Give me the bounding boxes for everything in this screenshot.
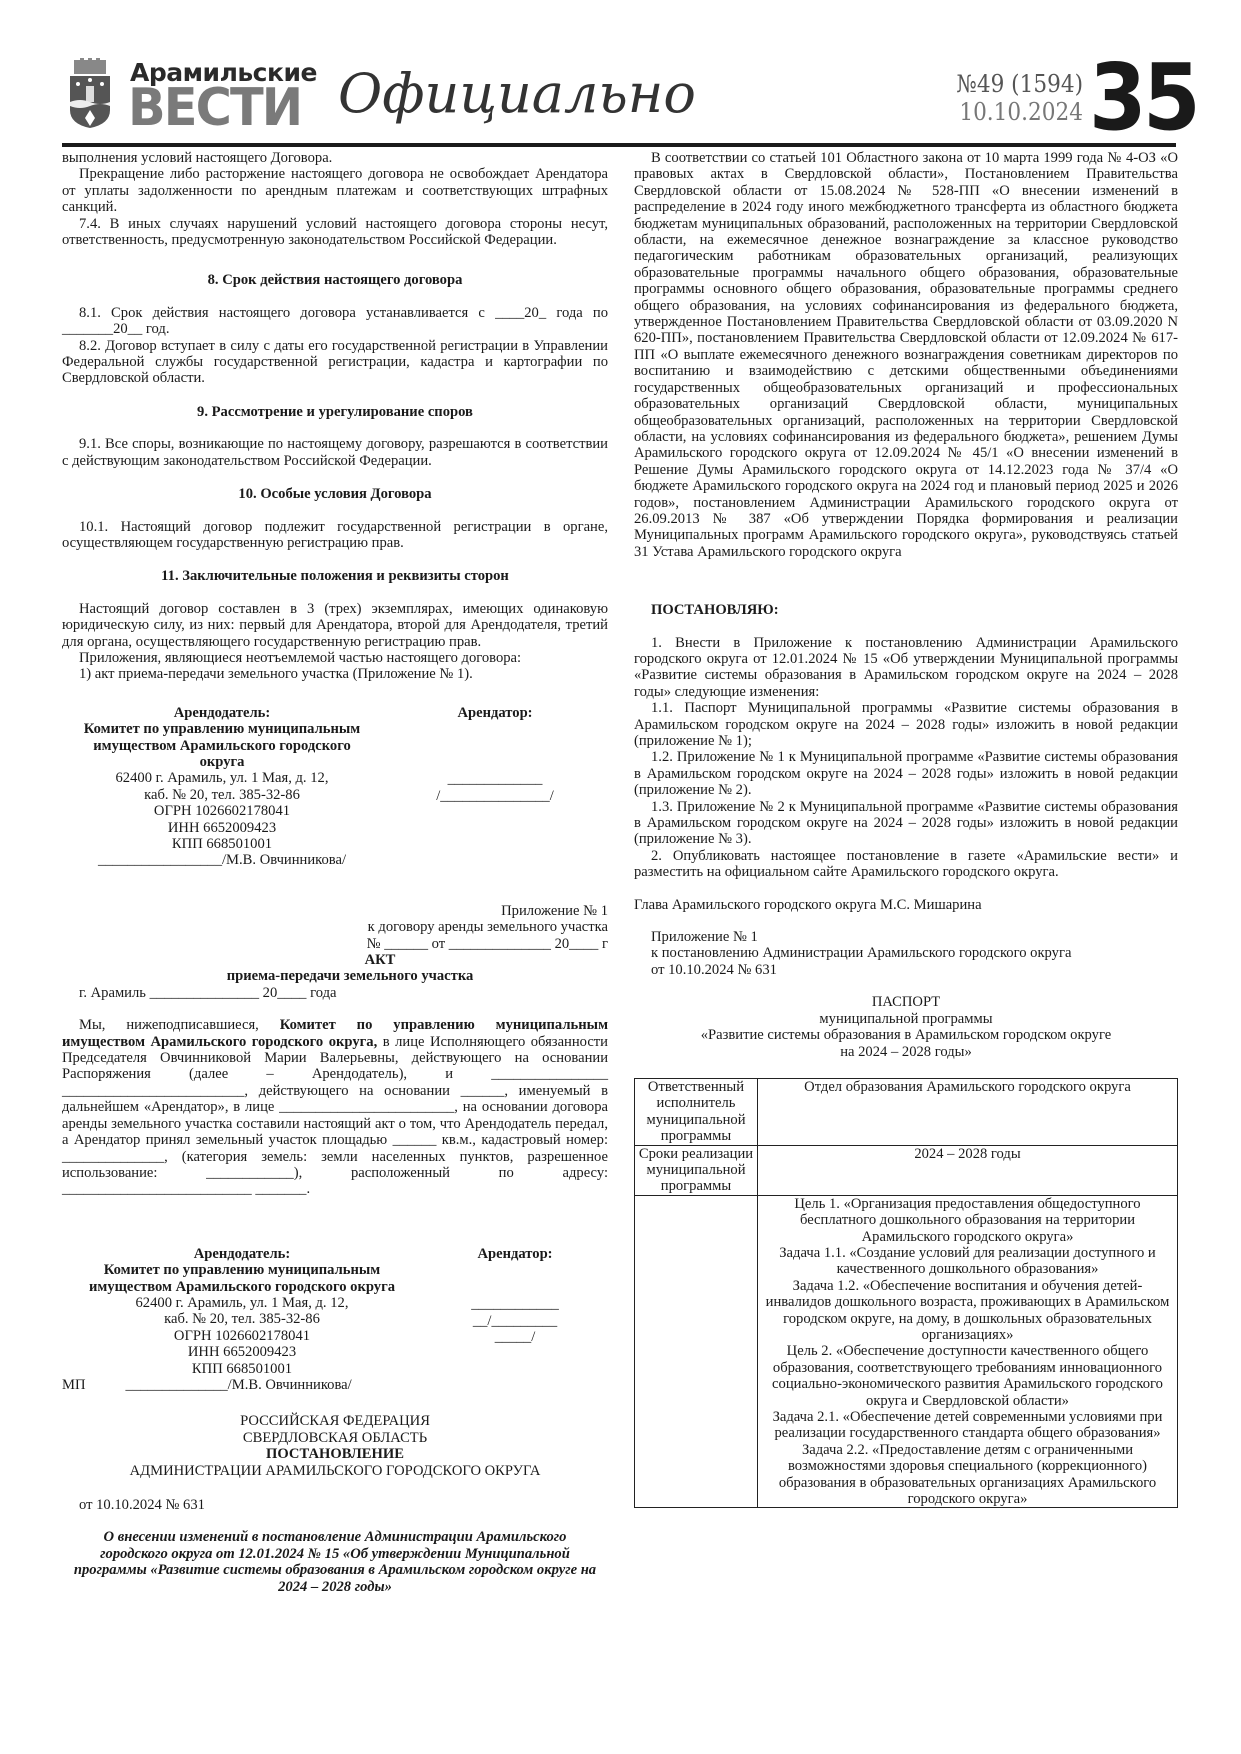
paragraph: 7.4. В иных случаях нарушений условий на…: [62, 216, 608, 249]
paragraph: выполнения условий настоящего Договора.: [62, 150, 608, 166]
lessor-name: Комитет по управлению муниципальным имущ…: [62, 1262, 422, 1295]
paragraph: Прекращение либо расторжение настоящего …: [62, 166, 608, 215]
goal-1: Цель 1. «Организация предоставления обще…: [760, 1196, 1175, 1245]
decree-item: 1.2. Приложение № 1 к Муниципальной прог…: [634, 749, 1178, 798]
passport-subtitle: муниципальной программы: [634, 1011, 1178, 1027]
paragraph: Приложения, являющиеся неотъемлемой част…: [62, 650, 608, 666]
paragraph: 10.1. Настоящий договор подлежит государ…: [62, 519, 608, 552]
table-cell-value: Отдел образования Арамильского городског…: [758, 1078, 1178, 1145]
lessee-label: Арендатор:: [422, 1246, 608, 1262]
paragraph: 9.1. Все споры, возникающие по настоящем…: [62, 436, 608, 469]
act-text-intro: Мы, нижеподписавшиеся,: [79, 1017, 280, 1033]
table-cell-goals: Цель 1. «Организация предоставления обще…: [758, 1195, 1178, 1508]
task-1-1: Задача 1.1. «Создание условий для реализ…: [760, 1245, 1175, 1278]
lessor-signature-line: ______________/М.В. Овчинникова/: [126, 1377, 352, 1393]
appendix-ref: к договору аренды земельного участка: [62, 919, 608, 935]
signature-block: Арендодатель: Комитет по управлению муни…: [62, 705, 608, 869]
lessor-inn: ИНН 6652009423: [62, 820, 382, 836]
decree-region: СВЕРДЛОВСКАЯ ОБЛАСТЬ: [62, 1430, 608, 1446]
lessor-office: каб. № 20, тел. 385-32-86: [62, 1311, 422, 1327]
table-cell-value: 2024 – 2028 годы: [758, 1145, 1178, 1195]
decree-header: РОССИЙСКАЯ ФЕДЕРАЦИЯ СВЕРДЛОВСКАЯ ОБЛАСТ…: [62, 1413, 608, 1479]
decree-item: 1. Внести в Приложение к постановлению А…: [634, 635, 1178, 701]
table-row: Сроки реализации муниципальной программы…: [635, 1145, 1178, 1195]
paragraph: Настоящий договор составлен в 3 (трех) э…: [62, 601, 608, 650]
table-cell-key: Сроки реализации муниципальной программы: [635, 1145, 758, 1195]
lessor-address: 62400 г. Арамиль, ул. 1 Мая, д. 12,: [62, 770, 382, 786]
head-signature: Глава Арамильского городского округа М.С…: [634, 897, 1178, 913]
table-cell-key: Ответственный исполнитель муниципальной …: [635, 1078, 758, 1145]
stamp-signature-row: МП______________/М.В. Овчинникова/: [62, 1377, 422, 1393]
lessor-label: Арендодатель:: [62, 705, 382, 721]
goal-2: Цель 2. «Обеспечение доступности качеств…: [760, 1343, 1175, 1409]
passport-title: ПАСПОРТ: [634, 994, 1178, 1010]
task-2-2: Задача 2.2. «Предоставление детям с огра…: [760, 1442, 1175, 1508]
header-rule: [62, 143, 1176, 147]
lessee-details: Арендатор: ____________ __/_________ ___…: [422, 1246, 608, 1394]
coat-of-arms-icon: [68, 58, 112, 130]
annex-date: от 10.10.2024 № 631: [651, 962, 1178, 978]
masthead: Арамильские ВЕСТИ Официально №49 (1594) …: [58, 52, 1188, 142]
lessor-ogrn: ОГРН 1026602178041: [62, 1328, 422, 1344]
decree-country: РОССИЙСКАЯ ФЕДЕРАЦИЯ: [62, 1413, 608, 1429]
decree-item: 1.1. Паспорт Муниципальной программы «Ра…: [634, 700, 1178, 749]
left-column: выполнения условий настоящего Договора. …: [62, 150, 608, 1595]
page-number: 35: [1089, 44, 1197, 151]
act-subtitle: приема-передачи земельного участка: [62, 968, 608, 984]
appendix-number-line: № ______ от ______________ 20____ г: [62, 936, 608, 952]
table-row: Цель 1. «Организация предоставления обще…: [635, 1195, 1178, 1508]
stamp-label: МП: [62, 1377, 86, 1393]
passport-table: Ответственный исполнитель муниципальной …: [634, 1078, 1178, 1509]
issue-number: №49 (1594): [903, 70, 1083, 98]
passport-program-name: «Развитие системы образования в Арамильс…: [634, 1027, 1178, 1043]
passport-period: на 2024 – 2028 годы»: [634, 1044, 1178, 1060]
issue-info: №49 (1594) 10.10.2024: [903, 70, 1083, 126]
decree-item: 1.3. Приложение № 2 к Муниципальной прог…: [634, 799, 1178, 848]
decree-issuer: АДМИНИСТРАЦИИ АРАМИЛЬСКОГО ГОРОДСКОГО ОК…: [62, 1463, 608, 1479]
brand-name-main: ВЕСТИ: [128, 78, 301, 138]
lessee-signature-line: ____________: [422, 1296, 608, 1312]
table-cell-key: [635, 1195, 758, 1508]
table-row: Ответственный исполнитель муниципальной …: [635, 1078, 1178, 1145]
lessor-kpp: КПП 668501001: [62, 1361, 422, 1377]
act-text-body: в лице Исполняющего обязанности Председа…: [62, 1034, 608, 1198]
task-2-1: Задача 2.1. «Обеспечение детей современн…: [760, 1409, 1175, 1442]
section-heading: 9. Рассмотрение и урегулирование споров: [62, 404, 608, 420]
annex-header: Приложение № 1 к постановлению Администр…: [634, 929, 1178, 978]
lessor-details: Арендодатель: Комитет по управлению муни…: [62, 1246, 422, 1394]
lessee-label: Арендатор:: [382, 705, 608, 721]
task-1-2: Задача 1.2. «Обеспечение воспитания и об…: [760, 1278, 1175, 1344]
act-appendix-header: Приложение № 1 к договору аренды земельн…: [62, 903, 608, 1001]
decree-title: О внесении изменений в постановление Адм…: [62, 1529, 608, 1595]
lessor-address: 62400 г. Арамиль, ул. 1 Мая, д. 12,: [62, 1295, 422, 1311]
resolve-heading: ПОСТАНОВЛЯЮ:: [634, 602, 1178, 618]
lessee-details: Арендатор: _____________ /______________…: [382, 705, 608, 869]
lessor-signature-line: _________________/М.В. Овчинникова/: [62, 852, 382, 868]
paragraph: 8.2. Договор вступает в силу с даты его …: [62, 338, 608, 387]
decree-date-number: от 10.10.2024 № 631: [62, 1497, 608, 1513]
appendix-label: Приложение № 1: [62, 903, 608, 919]
annex-ref: к постановлению Администрации Арамильско…: [651, 945, 1178, 961]
lessee-name-line: /_______________/: [382, 788, 608, 804]
act-text: Мы, нижеподписавшиеся, Комитет по управл…: [62, 1017, 608, 1197]
lessee-name-line: __/_________: [422, 1313, 608, 1329]
section-heading: 8. Срок действия настоящего договора: [62, 272, 608, 288]
issue-date: 10.10.2024: [903, 98, 1083, 126]
paragraph: 8.1. Срок действия настоящего договора у…: [62, 305, 608, 338]
signature-block-2: Арендодатель: Комитет по управлению муни…: [62, 1246, 608, 1394]
annex-label: Приложение № 1: [651, 929, 1178, 945]
section-heading: 11. Заключительные положения и реквизиты…: [62, 568, 608, 584]
decree-item: 2. Опубликовать настоящее постановление …: [634, 848, 1178, 881]
section-heading: 10. Особые условия Договора: [62, 486, 608, 502]
decree-preamble: В соответствии со статьей 101 Областного…: [634, 150, 1178, 560]
passport-title-block: ПАСПОРТ муниципальной программы «Развити…: [634, 994, 1178, 1060]
act-title: АКТ: [62, 952, 608, 968]
lessor-kpp: КПП 668501001: [62, 836, 382, 852]
lessor-office: каб. № 20, тел. 385-32-86: [62, 787, 382, 803]
lessor-inn: ИНН 6652009423: [62, 1344, 422, 1360]
lessee-name-line-end: _____/: [422, 1329, 608, 1345]
lessor-name: Комитет по управлению муниципальным имущ…: [62, 721, 382, 770]
decree-type: ПОСТАНОВЛЕНИЕ: [62, 1446, 608, 1462]
right-column: В соответствии со статьей 101 Областного…: [634, 150, 1178, 1508]
lessor-label: Арендодатель:: [62, 1246, 422, 1262]
lessee-signature-line: _____________: [382, 771, 608, 787]
paragraph: 1) акт приема-передачи земельного участк…: [62, 666, 608, 682]
act-place-date: г. Арамиль _______________ 20____ года: [62, 985, 608, 1001]
lessor-ogrn: ОГРН 1026602178041: [62, 803, 382, 819]
section-title: Официально: [338, 62, 696, 125]
lessor-details: Арендодатель: Комитет по управлению муни…: [62, 705, 382, 869]
